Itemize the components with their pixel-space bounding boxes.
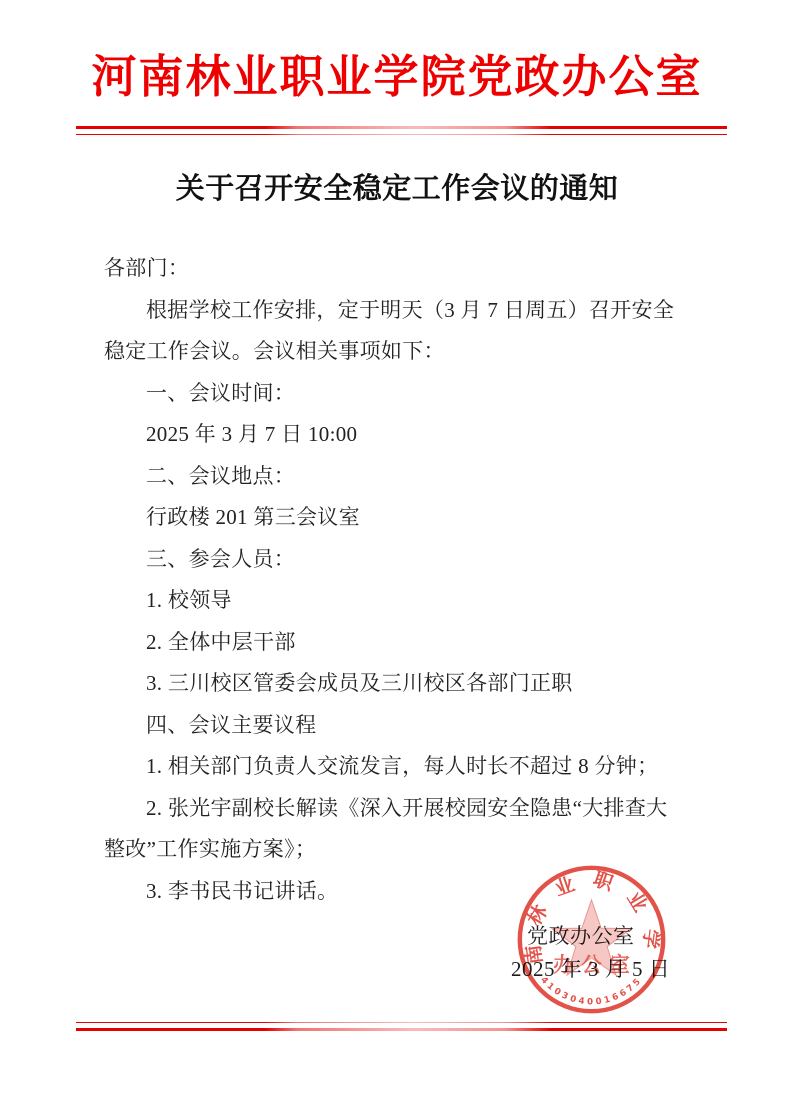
body-line: 1. 相关部门负责人交流发言，每人时长不超过 8 分钟； [104,746,700,788]
body-line-heading-4: 四、会议主要议程 [104,705,700,747]
body-line: 2025 年 3 月 7 日 10:00 [104,414,700,456]
official-seal: 河南林业职业学院 办公室 4103040016675 [514,862,669,1017]
body-line-salutation: 各部门： [104,248,700,290]
seal-office-text: 办公室 [553,952,637,976]
footer-divider-thick [76,1028,727,1031]
body-line-heading-3: 三、参会人员： [104,539,700,581]
body-line: 根据学校工作安排，定于明天（3 月 7 日周五）召开安全 [104,290,700,332]
document-body: 各部门： 根据学校工作安排，定于明天（3 月 7 日周五）召开安全 稳定工作会议… [104,248,700,912]
header-divider-thin [76,134,727,135]
body-line-heading-1: 一、会议时间： [104,373,700,415]
body-line: 3. 三川校区管委会成员及三川校区各部门正职 [104,663,700,705]
body-line: 行政楼 201 第三会议室 [104,497,700,539]
notice-page: 河南林业职业学院党政办公室 关于召开安全稳定工作会议的通知 各部门： 根据学校工… [0,0,794,1108]
org-header: 河南林业职业学院党政办公室 [0,46,794,108]
body-line: 2. 全体中层干部 [104,622,700,664]
body-line: 2. 张光宇副校长解读《深入开展校园安全隐患“大排查大 [104,788,700,830]
header-divider-thick [76,126,727,129]
footer-divider-thin [76,1022,727,1023]
body-line: 1. 校领导 [104,580,700,622]
body-line: 稳定工作会议。会议相关事项如下： [104,331,700,373]
document-title: 关于召开安全稳定工作会议的通知 [0,166,794,207]
body-line-heading-2: 二、会议地点： [104,456,700,498]
